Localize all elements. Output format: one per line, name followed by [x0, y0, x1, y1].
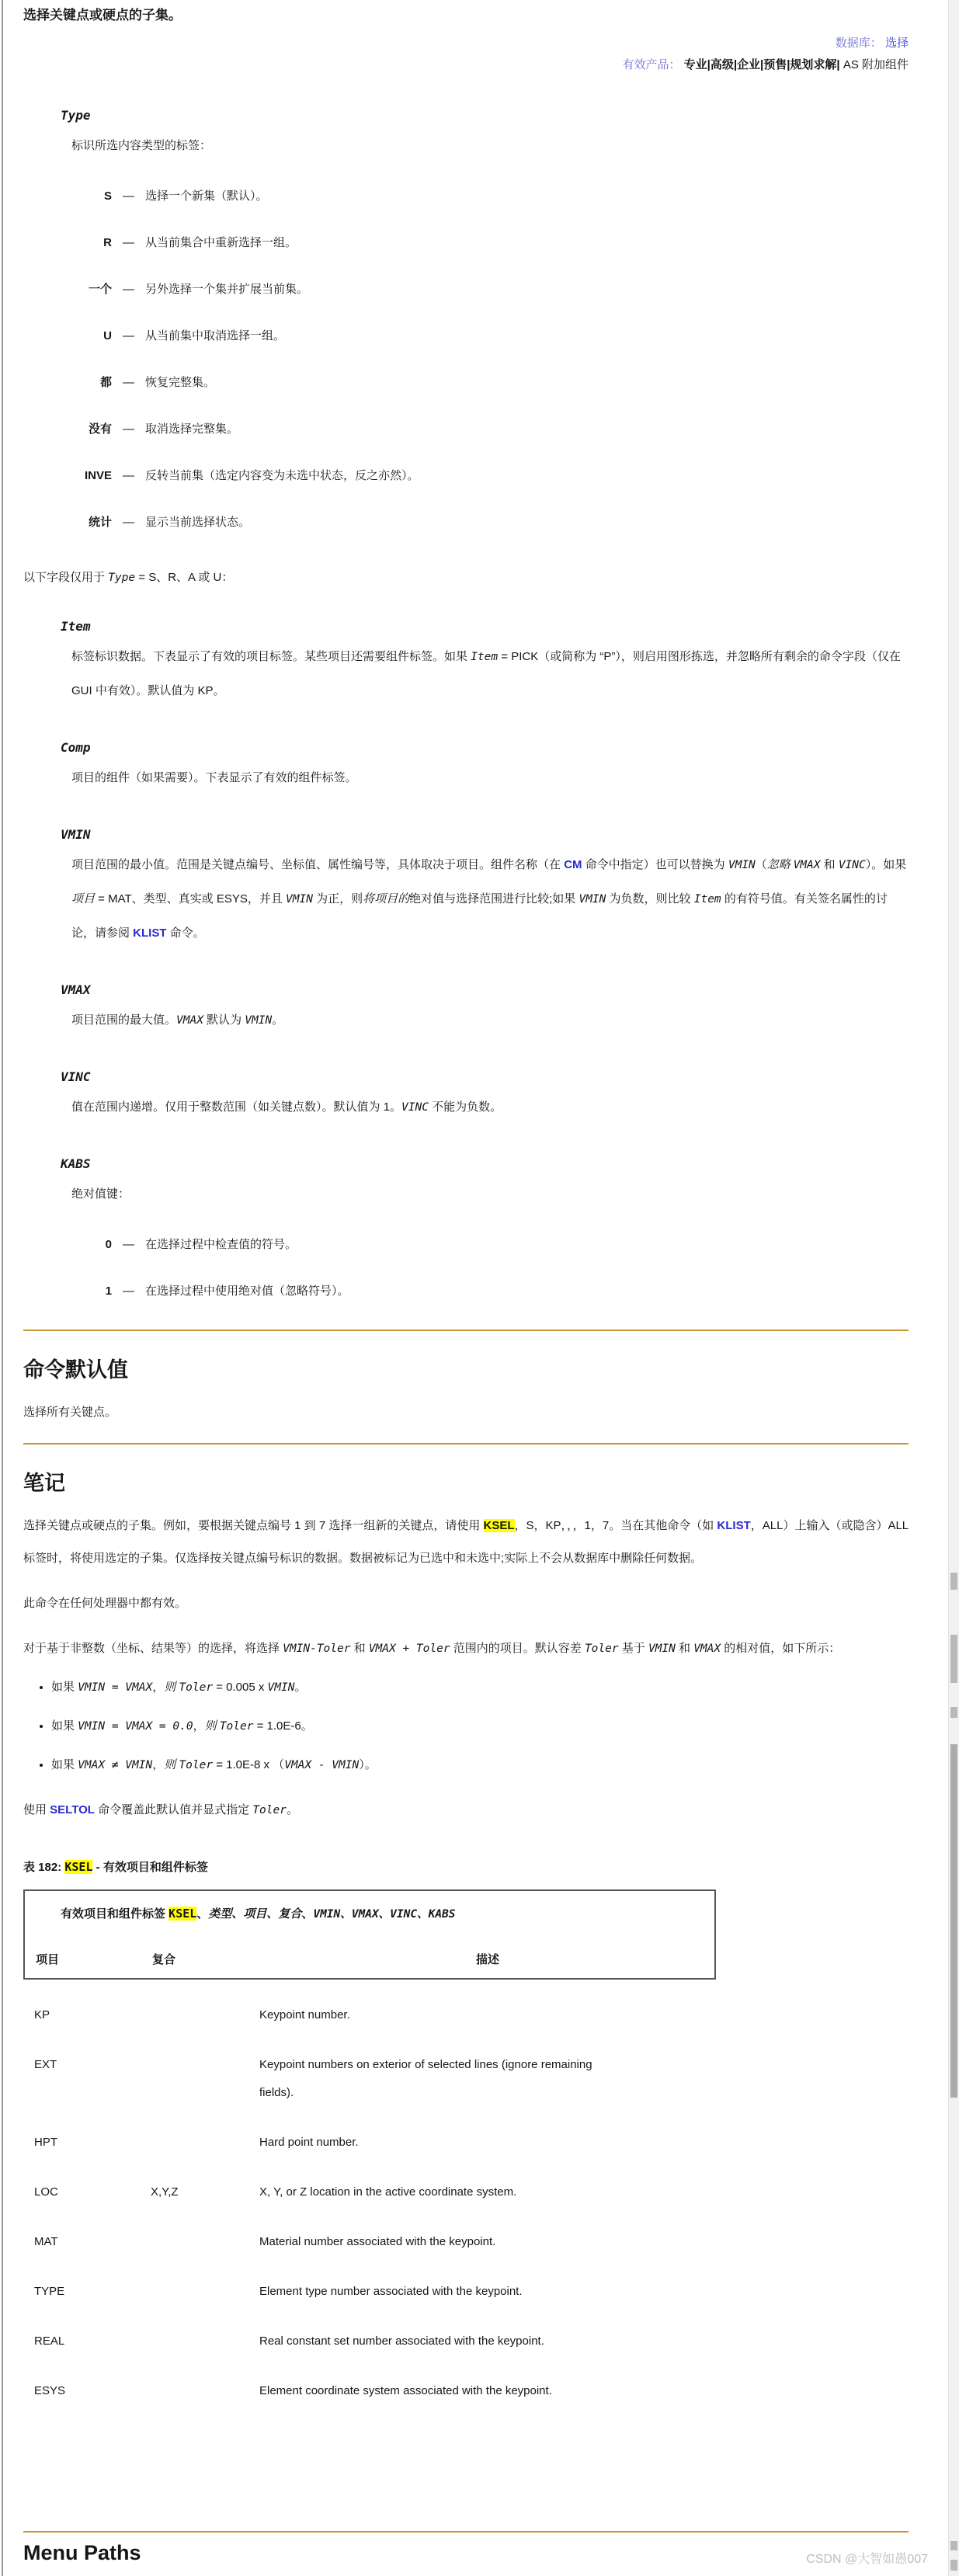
scrollbar-mark — [950, 2541, 957, 2550]
table-row: HPT Hard point number. — [23, 2129, 909, 2157]
table-row: REAL Real constant set number associated… — [23, 2327, 909, 2355]
option-text: 选择一个新集（默认）。 — [145, 188, 268, 205]
cell-comp — [151, 2327, 259, 2355]
arg-name-type: Type — [61, 107, 909, 124]
option-text: 在选择过程中使用绝对值（忽略符号）。 — [145, 1283, 349, 1300]
products-label: 有效产品： — [622, 58, 680, 71]
scrollbar-track[interactable] — [948, 0, 959, 2576]
cell-comp — [151, 2001, 259, 2029]
cell-item: TYPE — [23, 2278, 151, 2306]
type-option-row: 都 — 恢复完整集。 — [71, 374, 909, 391]
table-row: KP Keypoint number. — [23, 2001, 909, 2029]
klist-command-link[interactable]: KLIST — [133, 926, 166, 940]
option-label: 统计 — [71, 514, 112, 531]
cell-comp — [151, 2228, 259, 2256]
arg-desc-vmax: 项目范围的最大值。VMAX 默认为 VMIN。 — [71, 1003, 909, 1038]
arg-desc-vmin: 项目范围的最小值。范围是关键点编号、坐标值、属性编号等，具体取决于项目。组件名称… — [71, 848, 909, 951]
fields-applicability-note: 以下字段仅用于 Type = S、R、A 或 U： — [23, 568, 909, 587]
option-text: 在选择过程中检查值的符号。 — [145, 1236, 297, 1253]
cell-item: REAL — [23, 2327, 151, 2355]
arg-desc-comp: 项目的组件（如果需要）。下表显示了有效的组件标签。 — [71, 761, 909, 795]
arg-desc-item: 标签标识数据。下表显示了有效的项目标签。某些项目还需要组件标签。如果 Item … — [71, 640, 909, 708]
cell-comp — [151, 2129, 259, 2157]
notes-paragraph-3: 对于基于非整数（坐标、结果等）的选择，将选择 VMIN-Toler 和 VMAX… — [23, 1632, 909, 1665]
column-header-comp: 复合 — [152, 1951, 261, 1967]
valid-items-table-header-box: 有效项目和组件标签 KSEL、类型、项目、复合、VMIN、VMAX、VINC、K… — [23, 1889, 716, 1980]
cell-desc: Keypoint number. — [259, 2001, 593, 2029]
option-label: 0 — [71, 1236, 112, 1253]
cell-comp — [151, 2278, 259, 2306]
ksel-highlight: KSEL — [169, 1907, 196, 1921]
kabs-option-row: 0 — 在选择过程中检查值的符号。 — [71, 1236, 909, 1253]
section-divider — [23, 1330, 909, 1331]
arg-desc-type: 标识所选内容类型的标签： — [71, 129, 909, 163]
arg-name-kabs: KABS — [61, 1156, 909, 1173]
cell-comp — [151, 2377, 259, 2405]
arg-name-comp: Comp — [61, 739, 909, 756]
cell-desc: Hard point number. — [259, 2129, 593, 2157]
option-text: 从当前集中取消选择一组。 — [145, 328, 285, 345]
seltol-command-link[interactable]: SELTOL — [50, 1803, 95, 1816]
page-title: 选择关键点或硬点的子集。 — [23, 6, 909, 25]
table-row: EXT Keypoint numbers on exterior of sele… — [23, 2051, 909, 2107]
cell-desc: Element type number associated with the … — [259, 2278, 593, 2306]
table-column-headers: 项目 复合 描述 — [25, 1951, 714, 1967]
command-defaults-text: 选择所有关键点。 — [23, 1396, 909, 1429]
cell-item: EXT — [23, 2051, 151, 2107]
tolerance-rule: 如果 VMAX ≠ VMIN，则 Toler = 1.0E-8 x （VMAX … — [51, 1749, 909, 1782]
section-divider — [23, 2531, 909, 2533]
cell-item: KP — [23, 2001, 151, 2029]
type-option-row: 没有 — 取消选择完整集。 — [71, 421, 909, 438]
arg-desc-vinc: 值在范围内递增。仅用于整数范围（如关键点数）。默认值为 1。VINC 不能为负数… — [71, 1090, 909, 1125]
arg-desc-kabs: 绝对值键： — [71, 1177, 909, 1212]
products-tail: AS 附加组件 — [843, 58, 909, 71]
option-label: R — [71, 235, 112, 252]
option-text: 另外选择一个集并扩展当前集。 — [145, 281, 308, 298]
scrollbar-mark — [950, 1635, 957, 1683]
valid-items-table-rows: KP Keypoint number. EXT Keypoint numbers… — [23, 2001, 909, 2405]
option-label: 一个 — [71, 281, 112, 298]
option-dash: — — [123, 328, 134, 345]
ksel-highlight: KSEL — [64, 1860, 92, 1874]
article-content: 选择关键点或硬点的子集。 数据库： 选择 有效产品： 专业|高级|企业|预售|规… — [23, 6, 909, 2405]
kabs-option-row: 1 — 在选择过程中使用绝对值（忽略符号）。 — [71, 1283, 909, 1300]
tolerance-rule: 如果 VMIN = VMAX = 0.0，则 Toler = 1.0E-6。 — [51, 1710, 909, 1743]
option-dash: — — [123, 188, 134, 205]
scrollbar-mark — [950, 1573, 957, 1590]
doc-page: 选择关键点或硬点的子集。 数据库： 选择 有效产品： 专业|高级|企业|预售|规… — [0, 0, 959, 2576]
option-text: 取消选择完整集。 — [145, 421, 238, 438]
cell-desc: Real constant set number associated with… — [259, 2327, 593, 2355]
products-line: 有效产品： 专业|高级|企业|预售|规划求解| AS 附加组件 — [23, 54, 909, 76]
section-divider — [23, 1443, 909, 1444]
option-dash: — — [123, 421, 134, 438]
seltol-paragraph: 使用 SELTOL 命令覆盖此默认值并显式指定 Toler。 — [23, 1794, 909, 1827]
left-border-rule — [2, 0, 3, 2576]
arg-name-vmin: VMIN — [61, 826, 909, 843]
cell-desc: X, Y, or Z location in the active coordi… — [259, 2178, 593, 2206]
doc-meta: 数据库： 选择 有效产品： 专业|高级|企业|预售|规划求解| AS 附加组件 — [23, 33, 909, 76]
option-dash: — — [123, 1236, 134, 1253]
tolerance-rule: 如果 VMIN = VMAX，则 Toler = 0.005 x VMIN。 — [51, 1671, 909, 1704]
scrollbar-mark — [950, 1707, 957, 1718]
option-dash: — — [123, 468, 134, 485]
database-line: 数据库： 选择 — [23, 33, 909, 54]
notes-paragraph-2: 此命令在任何处理器中都有效。 — [23, 1587, 909, 1620]
cell-comp: X,Y,Z — [151, 2178, 259, 2206]
type-option-row: S — 选择一个新集（默认）。 — [71, 188, 909, 205]
option-dash: — — [123, 514, 134, 531]
scrollbar-mark — [950, 2560, 957, 2571]
option-text: 恢复完整集。 — [145, 374, 215, 391]
option-dash: — — [123, 374, 134, 391]
option-label: U — [71, 328, 112, 345]
ksel-highlight: KSEL — [484, 1519, 515, 1532]
option-label: 没有 — [71, 421, 112, 438]
option-text: 反转当前集（选定内容变为未选中状态，反之亦然）。 — [145, 468, 419, 485]
option-dash: — — [123, 1283, 134, 1300]
type-option-row: 统计 — 显示当前选择状态。 — [71, 514, 909, 531]
table-row: MAT Material number associated with the … — [23, 2228, 909, 2256]
column-header-desc: 描述 — [261, 1951, 714, 1967]
cell-desc: Material number associated with the keyp… — [259, 2228, 593, 2256]
database-link[interactable]: 选择 — [885, 37, 909, 50]
cell-item: ESYS — [23, 2377, 151, 2405]
type-option-row: INVE — 反转当前集（选定内容变为未选中状态，反之亦然）。 — [71, 468, 909, 485]
cell-item: LOC — [23, 2178, 151, 2206]
arg-name-item: Item — [61, 618, 909, 635]
tolerance-rules-list: 如果 VMIN = VMAX，则 Toler = 0.005 x VMIN。 如… — [23, 1671, 909, 1782]
command-defaults-heading: 命令默认值 — [23, 1356, 909, 1384]
cell-desc: Element coordinate system associated wit… — [259, 2377, 593, 2405]
var-type: Type — [108, 572, 135, 584]
option-text: 从当前集合中重新选择一组。 — [145, 235, 297, 252]
option-label: S — [71, 188, 112, 205]
table-caption: 表 182: KSEL - 有效项目和组件标签 — [23, 1858, 909, 1877]
type-option-row: 一个 — 另外选择一个集并扩展当前集。 — [71, 281, 909, 298]
type-option-row: R — 从当前集合中重新选择一组。 — [71, 235, 909, 252]
footer-section: Menu Paths — [23, 2531, 909, 2567]
products-list: 专业|高级|企业|预售|规划求解| — [684, 58, 840, 71]
option-label: INVE — [71, 468, 112, 485]
type-option-row: U — 从当前集中取消选择一组。 — [71, 328, 909, 345]
table-row: LOC X,Y,Z X, Y, or Z location in the act… — [23, 2178, 909, 2206]
column-header-item: 项目 — [25, 1951, 152, 1967]
table-header-caption: 有效项目和组件标签 KSEL、类型、项目、复合、VMIN、VMAX、VINC、K… — [61, 1905, 714, 1921]
cm-command-link[interactable]: CM — [564, 858, 582, 871]
arg-name-vinc: VINC — [61, 1069, 909, 1086]
menu-paths-heading: Menu Paths — [23, 2539, 909, 2567]
option-dash: — — [123, 235, 134, 252]
cell-desc: Keypoint numbers on exterior of selected… — [259, 2051, 593, 2107]
table-row: TYPE Element type number associated with… — [23, 2278, 909, 2306]
option-text: 显示当前选择状态。 — [145, 514, 250, 531]
cell-comp — [151, 2051, 259, 2107]
notes-paragraph-1: 选择关键点或硬点的子集。例如，要根据关键点编号 1 到 7 选择一组新的关键点，… — [23, 1510, 909, 1575]
option-label: 都 — [71, 374, 112, 391]
option-dash: — — [123, 281, 134, 298]
klist-command-link[interactable]: KLIST — [717, 1519, 750, 1532]
option-label: 1 — [71, 1283, 112, 1300]
arg-name-vmax: VMAX — [61, 982, 909, 999]
csdn-watermark: CSDN @大智如愚007 — [806, 2549, 928, 2567]
cell-item: MAT — [23, 2228, 151, 2256]
var-item: Item — [471, 651, 498, 663]
database-label: 数据库： — [836, 37, 882, 50]
notes-heading: 笔记 — [23, 1469, 909, 1497]
scrollbar-thumb[interactable] — [950, 1744, 957, 2098]
cell-item: HPT — [23, 2129, 151, 2157]
table-row: ESYS Element coordinate system associate… — [23, 2377, 909, 2405]
